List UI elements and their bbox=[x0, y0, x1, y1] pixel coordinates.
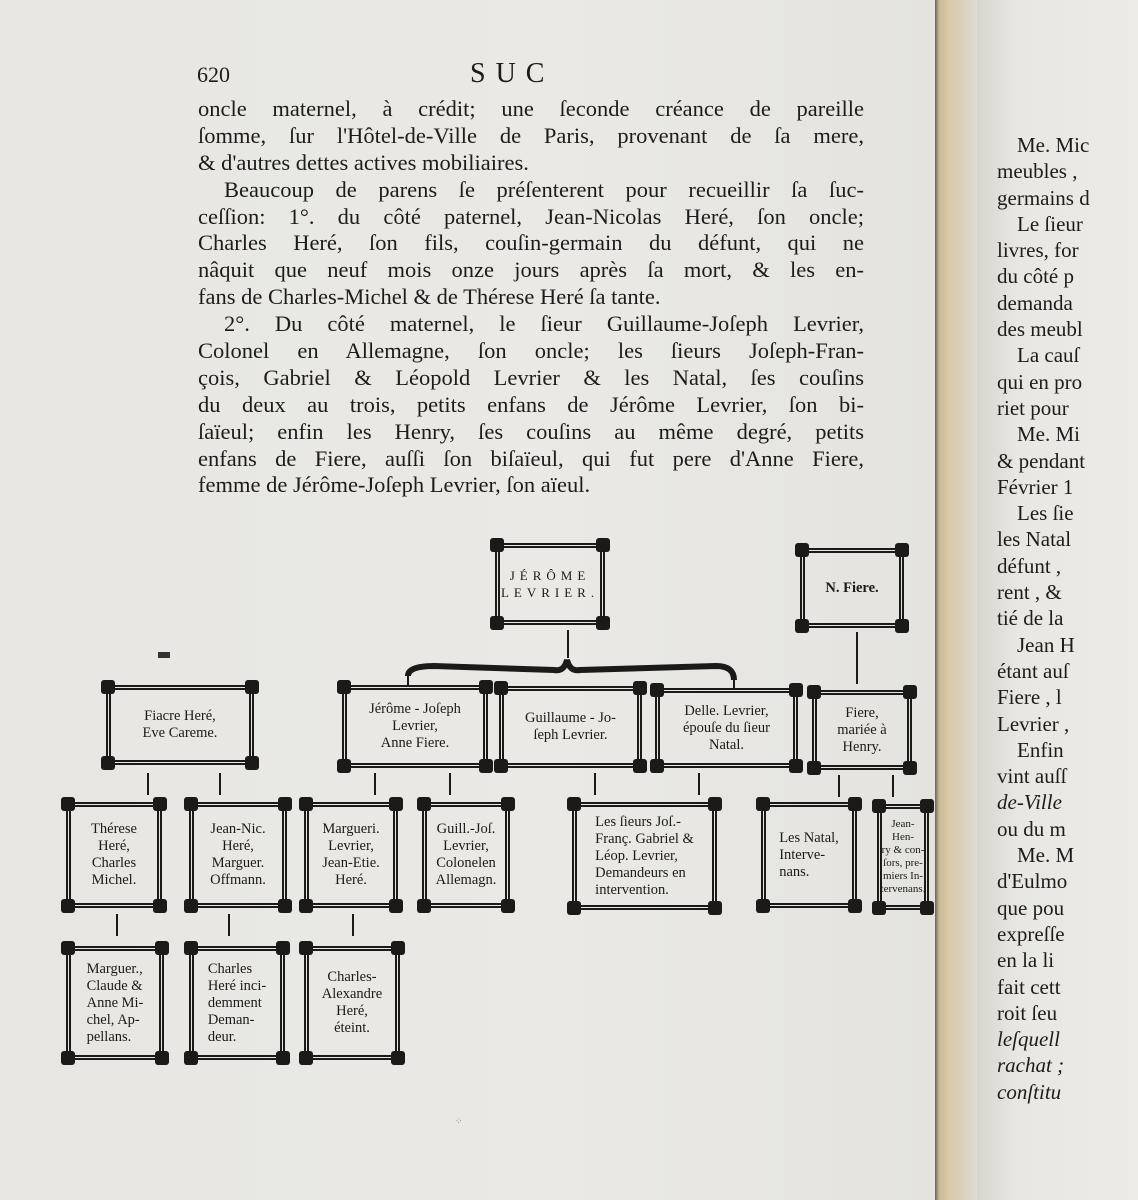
body-text: oncle maternel, à crédit; une ſeconde cr… bbox=[198, 96, 864, 499]
right-page-line: Levrier , bbox=[997, 711, 1090, 737]
right-page-line: qui en pro bbox=[997, 369, 1090, 395]
right-page-line: de-Ville bbox=[997, 789, 1090, 815]
tree-node-jean-henry: Jean-Hen- ry & con- ſors, pre- miers In-… bbox=[877, 804, 929, 910]
connector-line bbox=[698, 773, 700, 795]
right-page-line: Les ſie bbox=[997, 500, 1090, 526]
tree-node-les-sieurs: Les ſieurs Joſ.- Franç. Gabriel & Léop. … bbox=[572, 802, 717, 910]
tree-node-fiere-mariee-henry: Fiere, mariée à Henry. bbox=[812, 690, 912, 770]
right-page-line: étant auſ bbox=[997, 658, 1090, 684]
page-number: 620 bbox=[197, 62, 230, 88]
right-page-line: tié de la bbox=[997, 605, 1090, 631]
right-page-line: des meubl bbox=[997, 316, 1090, 342]
right-page-line: rent , & bbox=[997, 579, 1090, 605]
right-page-line: Février 1 bbox=[997, 474, 1090, 500]
right-page-line: roit ſeu bbox=[997, 1000, 1090, 1026]
body-text-line: Beaucoup de parens ſe préſenterent pour … bbox=[198, 177, 864, 204]
right-page-line: ou du m bbox=[997, 816, 1090, 842]
body-text-line: ſomme, ſur l'Hôtel-de-Ville de Paris, pr… bbox=[198, 123, 864, 150]
right-page-line: La cauſ bbox=[997, 342, 1090, 368]
body-text-line: çois, Gabriel & Léopold Levrier & les Na… bbox=[198, 365, 864, 392]
connector-line bbox=[374, 773, 376, 795]
right-page-text: Me. Micmeubles ,germains dLe ſieurlivres… bbox=[997, 132, 1090, 1105]
tree-node-charles-alexandre-here: Charles- Alexandre Heré, éteint. bbox=[304, 946, 400, 1060]
tree-node-guill-jos-levrier: Guill.-Joſ. Levrier, Colonelen Allemagn. bbox=[422, 802, 510, 908]
right-page-line: que pou bbox=[997, 895, 1090, 921]
right-page-line: Enfin bbox=[997, 737, 1090, 763]
tree-node-charles-here: Charles Heré inci- demment Deman- deur. bbox=[189, 946, 285, 1060]
right-page-line: du côté p bbox=[997, 263, 1090, 289]
tree-node-therese-here: Thérese Heré, Charles Michel. bbox=[66, 802, 162, 908]
body-text-line: enfans de Fiere, auſſi ſon biſaïeul, qui… bbox=[198, 446, 864, 473]
tree-node-fiacre-here: Fiacre Heré, Eve Careme. bbox=[106, 685, 254, 765]
left-page: 620 SUC oncle maternel, à crédit; une ſe… bbox=[0, 0, 935, 1200]
right-page-line: Me. M bbox=[997, 842, 1090, 868]
right-page-line: les Natal bbox=[997, 526, 1090, 552]
right-page-line: leſquell bbox=[997, 1026, 1090, 1052]
body-text-line: Colonel en Allemagne, ſon oncle; les ſie… bbox=[198, 338, 864, 365]
body-text-line: & d'autres dettes actives mobiliaires. bbox=[198, 150, 864, 177]
right-page-line: Me. Mi bbox=[997, 421, 1090, 447]
right-page-line: Fiere , l bbox=[997, 684, 1090, 710]
right-page-line: défunt , bbox=[997, 553, 1090, 579]
body-text-line: ſaïeul; enfin les Henry, ſes couſins au … bbox=[198, 419, 864, 446]
right-page-line: riet pour bbox=[997, 395, 1090, 421]
tree-node-delle-levrier: Delle. Levrier, épouſe du ſieur Natal. bbox=[655, 688, 798, 768]
tree-node-n-fiere: N. Fiere. bbox=[800, 548, 904, 628]
connector-line bbox=[838, 775, 840, 797]
body-text-line: fans de Charles-Michel & de Thérese Heré… bbox=[198, 284, 864, 311]
right-page-line: meubles , bbox=[997, 158, 1090, 184]
connector-line bbox=[219, 773, 221, 795]
body-text-line: nâquit que neuf mois onze jours après ſa… bbox=[198, 257, 864, 284]
right-page-line: & pendant bbox=[997, 448, 1090, 474]
tree-node-jerome-joseph-levrier: Jérôme - Joſeph Levrier, Anne Fiere. bbox=[342, 685, 488, 768]
tree-node-guillaume-joseph-levrier: Guillaume - Jo- ſeph Levrier. bbox=[499, 686, 642, 768]
right-page-line: livres, for bbox=[997, 237, 1090, 263]
connector-line bbox=[228, 914, 230, 936]
right-page-line: Me. Mic bbox=[997, 132, 1090, 158]
right-page-line: d'Eulmo bbox=[997, 868, 1090, 894]
tree-node-jean-nic-here: Jean-Nic. Heré, Marguer. Offmann. bbox=[189, 802, 287, 908]
connector-line bbox=[892, 775, 894, 797]
right-page-line: fait cett bbox=[997, 974, 1090, 1000]
right-page-line: expreſſe bbox=[997, 921, 1090, 947]
right-page-line: vint auſſ bbox=[997, 763, 1090, 789]
connector-line bbox=[856, 632, 858, 684]
right-page-line: Jean H bbox=[997, 632, 1090, 658]
right-page: Me. Micmeubles ,germains dLe ſieurlivres… bbox=[977, 0, 1138, 1200]
right-page-line: conſtitu bbox=[997, 1079, 1090, 1105]
body-text-line: femme de Jérôme-Joſeph Levrier, ſon aïeu… bbox=[198, 472, 864, 499]
right-page-line: demanda bbox=[997, 290, 1090, 316]
tree-node-marguer-claude-anne: Marguer., Claude & Anne Mi- chel, Ap- pe… bbox=[66, 946, 164, 1060]
connector-line bbox=[594, 773, 596, 795]
body-text-line: oncle maternel, à crédit; une ſeconde cr… bbox=[198, 96, 864, 123]
printer-mark bbox=[158, 652, 170, 658]
tree-node-jerome-levrier: JÉRÔME LEVRIER. bbox=[495, 543, 605, 625]
connector-line bbox=[147, 773, 149, 795]
book-gutter bbox=[935, 0, 977, 1200]
tree-node-les-natal: Les Natal, Interve- nans. bbox=[761, 802, 857, 908]
connector-line bbox=[352, 914, 354, 936]
body-text-line: ceſſion: 1°. du côté paternel, Jean-Nico… bbox=[198, 204, 864, 231]
ink-smudge: ⁘ bbox=[455, 1117, 463, 1127]
right-page-line: germains d bbox=[997, 185, 1090, 211]
right-page-line: en la li bbox=[997, 947, 1090, 973]
right-page-line: Le ſieur bbox=[997, 211, 1090, 237]
body-text-line: 2°. Du côté maternel, le ſieur Guillaume… bbox=[198, 311, 864, 338]
right-page-line: rachat ; bbox=[997, 1052, 1090, 1078]
running-head: SUC bbox=[470, 58, 554, 90]
connector-line bbox=[449, 773, 451, 795]
tree-node-margueri-levrier: Margueri. Levrier, Jean-Etie. Heré. bbox=[304, 802, 398, 908]
body-text-line: du deux au trois, petits enfans de Jérôm… bbox=[198, 392, 864, 419]
body-text-line: Charles Heré, ſon fils, couſin-germain d… bbox=[198, 230, 864, 257]
connector-line bbox=[116, 914, 118, 936]
